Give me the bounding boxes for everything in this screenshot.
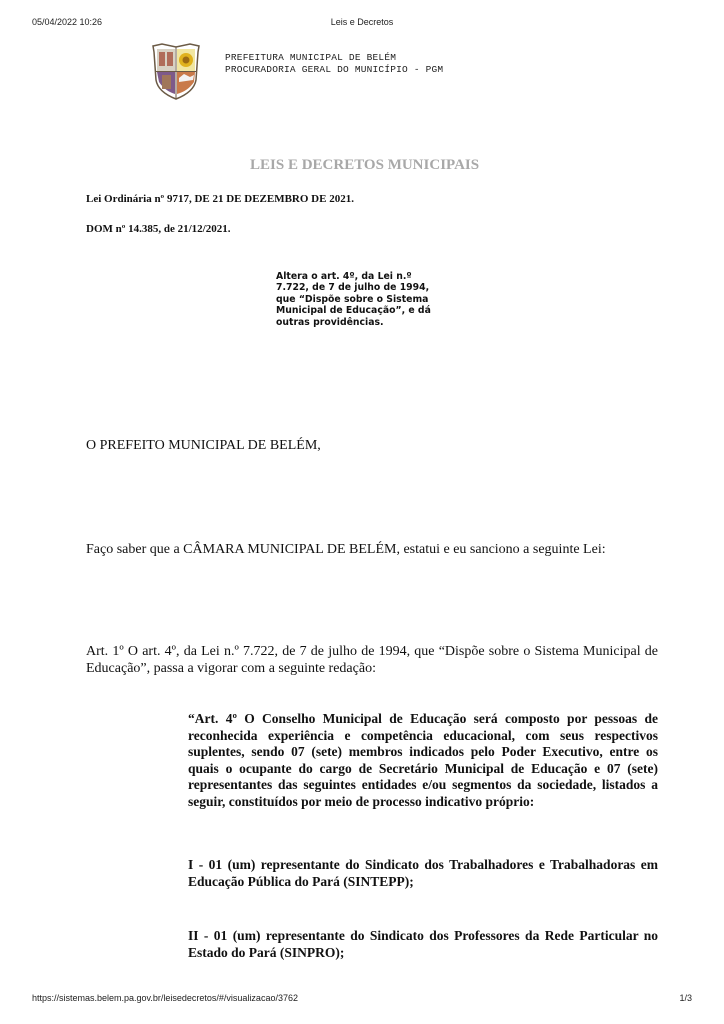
print-page-number: 1/3 xyxy=(679,993,692,1003)
ementa: Altera o art. 4º, da Lei n.º 7.722, de 7… xyxy=(276,271,446,328)
print-url: https://sistemas.belem.pa.gov.br/leisede… xyxy=(32,993,298,1003)
law-identifier: Lei Ordinária nº 9717, DE 21 DE DEZEMBRO… xyxy=(86,193,354,205)
prefeito-heading: O PREFEITO MUNICIPAL DE BELÉM, xyxy=(86,437,658,454)
belem-coat-of-arms-icon xyxy=(150,42,202,100)
dom-reference: DOM nº 14.385, de 21/12/2021. xyxy=(86,223,231,235)
print-footer: https://sistemas.belem.pa.gov.br/leisede… xyxy=(0,993,724,1007)
list-item: II - 01 (um) representante do Sindicato … xyxy=(188,928,658,961)
print-header: 05/04/2022 10:26 Leis e Decretos xyxy=(0,17,724,31)
enactment-clause: Faço saber que a CÂMARA MUNICIPAL DE BEL… xyxy=(86,541,658,558)
letterhead-line-prefeitura: PREFEITURA MUNICIPAL DE BELÉM xyxy=(225,52,443,64)
article-1: Art. 1º O art. 4º, da Lei n.º 7.722, de … xyxy=(86,643,658,677)
letterhead-text: PREFEITURA MUNICIPAL DE BELÉM PROCURADOR… xyxy=(225,52,443,76)
print-page-title: Leis e Decretos xyxy=(0,17,724,27)
article-4-quote: “Art. 4º O Conselho Municipal de Educaçã… xyxy=(188,711,658,810)
letterhead-line-procuradoria: PROCURADORIA GERAL DO MUNICÍPIO - PGM xyxy=(225,64,443,76)
list-item: I - 01 (um) representante do Sindicato d… xyxy=(188,857,658,890)
document-title: LEIS E DECRETOS MUNICIPAIS xyxy=(0,157,724,174)
